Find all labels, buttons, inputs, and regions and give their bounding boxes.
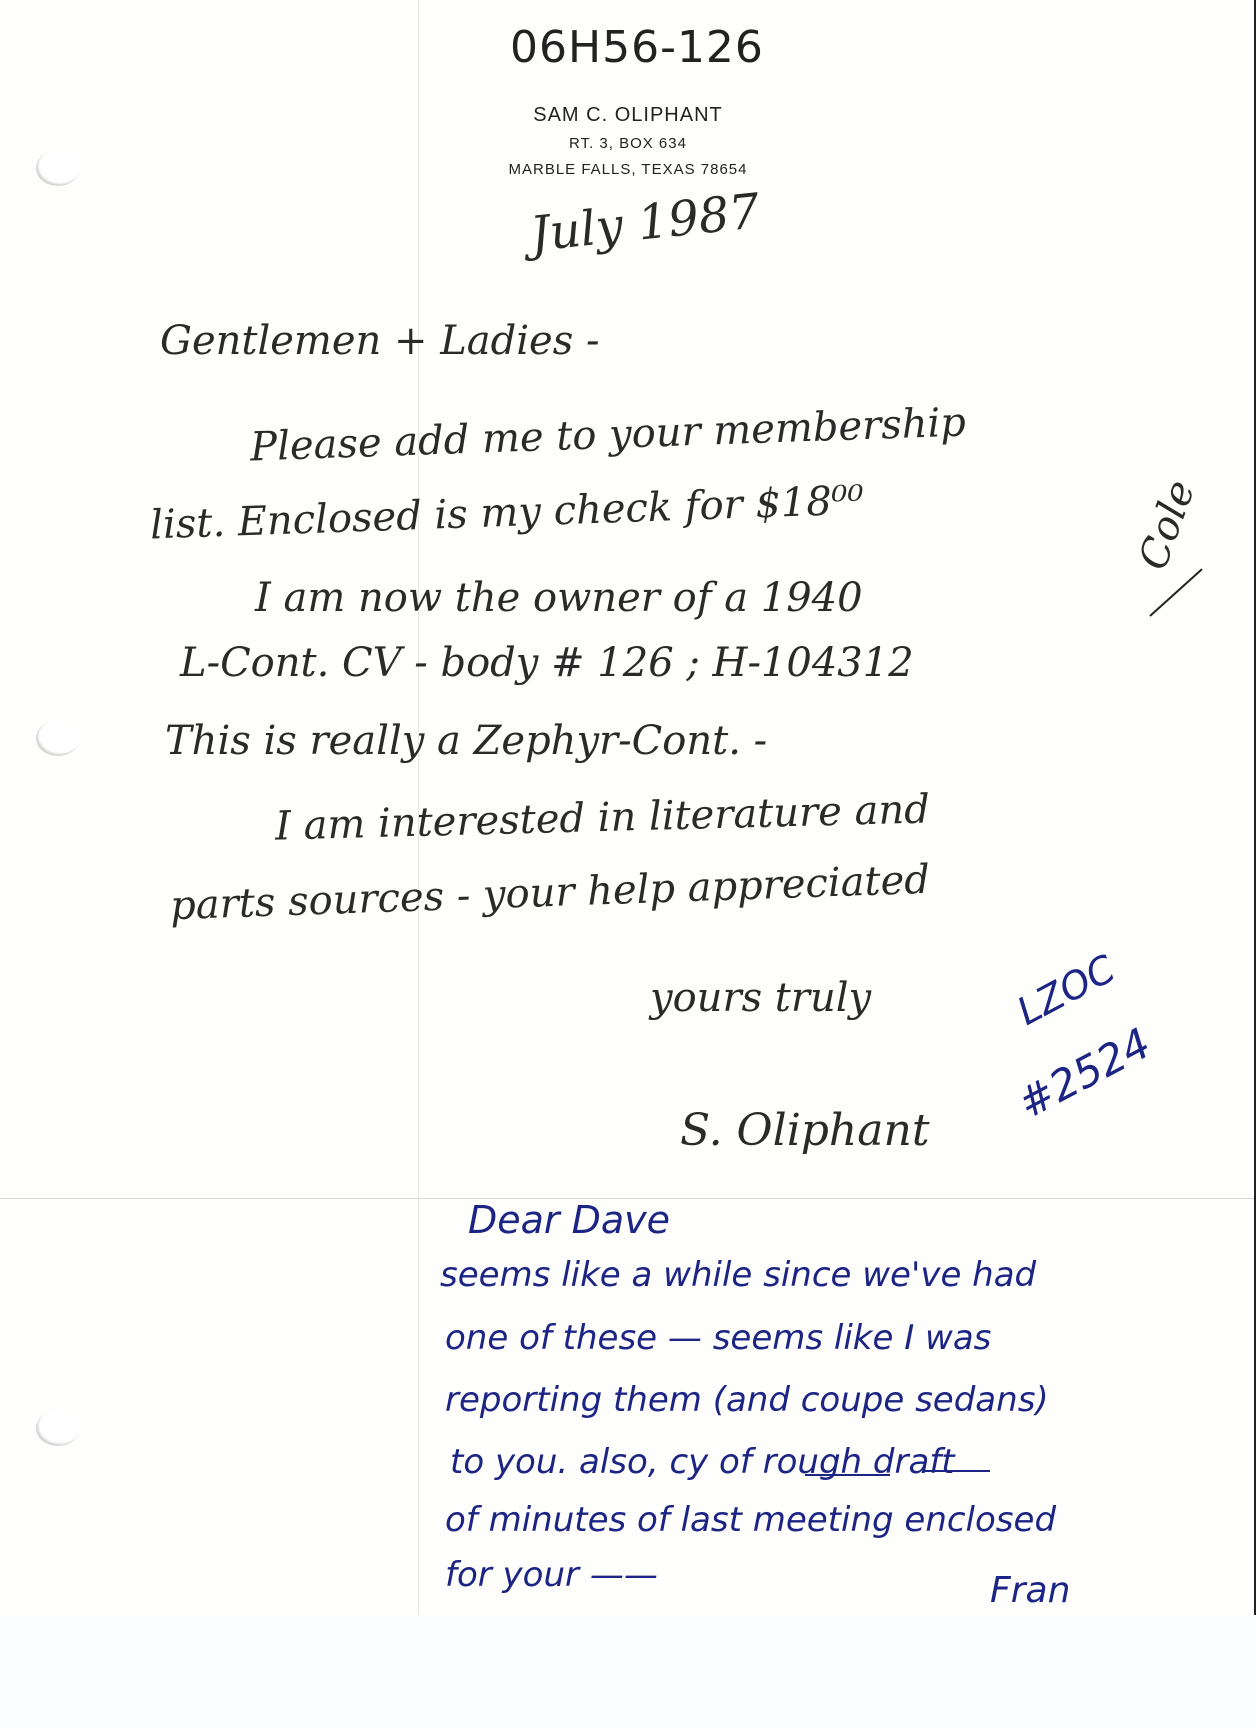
body-line-2: list. Enclosed is my check for $18⁰⁰ [149, 478, 864, 549]
letterhead-address-line1: RT. 3, BOX 634 [0, 135, 1256, 152]
postscript-line-6: for your —— [445, 1555, 658, 1595]
postscript-line-2: one of these — seems like I was [445, 1318, 991, 1358]
postscript-greeting: Dear Dave [468, 1198, 670, 1242]
file-number: 06H56-126 [510, 22, 764, 73]
letterhead-address-line2: MARBLE FALLS, TEXAS 78654 [0, 161, 1256, 178]
body-line-6: I am interested in literature and [275, 786, 931, 849]
body-line-3: I am now the owner of a 1940 [255, 575, 863, 621]
postscript-line-4: to you. also, cy of rough draft [450, 1442, 955, 1482]
letter-date: July 1987 [528, 183, 763, 263]
punch-hole-icon [36, 720, 80, 756]
postscript-line-1: seems like a while since we've had [440, 1255, 1036, 1295]
underline-rough [805, 1474, 890, 1476]
margin-note-slash [1149, 568, 1202, 616]
margin-note: Cole [1130, 474, 1204, 575]
letterhead-name: SAM C. OLIPHANT [0, 104, 1256, 127]
underline-draft [925, 1470, 990, 1472]
closing: yours truly [650, 975, 871, 1021]
scan-background [0, 1615, 1256, 1728]
annotation-line1: LZOC [1010, 946, 1122, 1034]
body-line-1: Please add me to your membership [249, 400, 966, 471]
postscript-line-5: of minutes of last meeting enclosed [445, 1500, 1056, 1540]
body-line-5: This is really a Zephyr-Cont. - [165, 718, 767, 764]
postscript-signoff: Fran [990, 1570, 1070, 1611]
punch-hole-icon [36, 1410, 80, 1446]
annotation-line2: #2524 [1010, 1018, 1158, 1128]
body-line-4: L-Cont. CV - body # 126 ; H-104312 [180, 640, 914, 686]
postscript-line-3: reporting them (and coupe sedans) [445, 1380, 1049, 1420]
salutation: Gentlemen + Ladies - [160, 318, 599, 364]
letter-paper: 06H56-126 SAM C. OLIPHANT RT. 3, BOX 634… [0, 0, 1256, 1615]
signature: S. Oliphant [680, 1105, 930, 1156]
body-line-7: parts sources - your help appreciated [169, 857, 930, 929]
